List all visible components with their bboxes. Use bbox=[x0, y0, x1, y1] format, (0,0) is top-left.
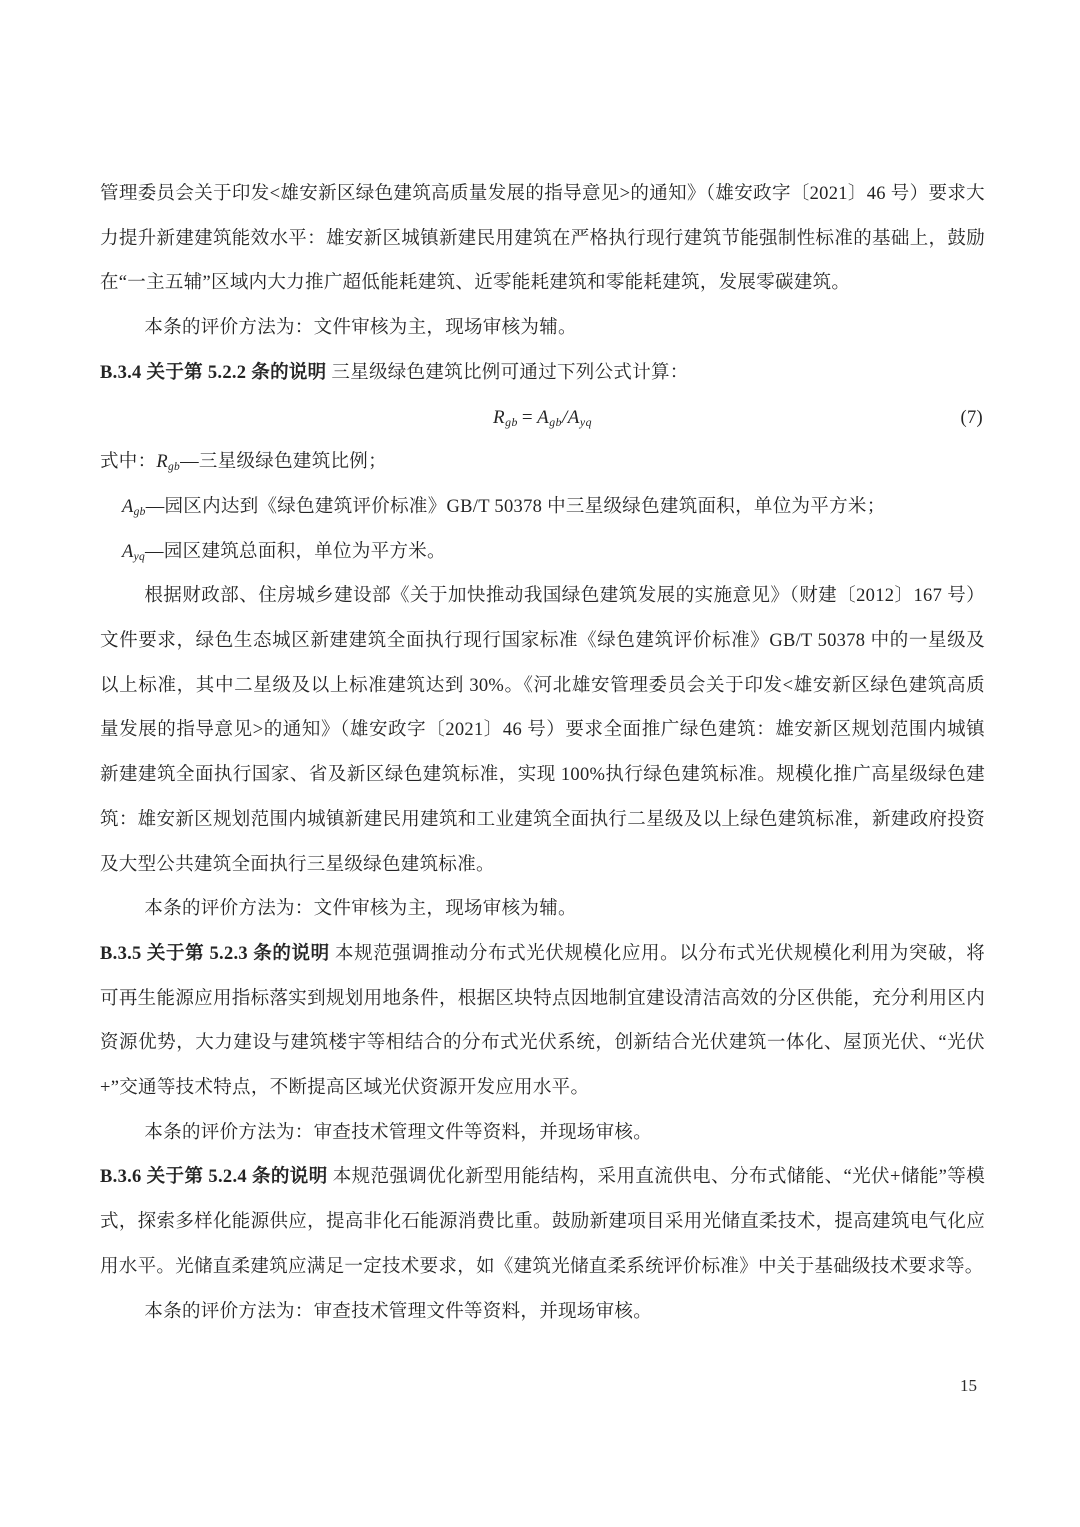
ayq-variable: A bbox=[122, 542, 134, 562]
formula-lhs: R bbox=[493, 407, 505, 428]
section-b34-label: B.3.4 关于第 5.2.2 条的说明 bbox=[100, 363, 326, 383]
document-body: 管理委员会关于印发<雄安新区绿色建筑高质量发展的指导意见>的通知》（雄安政字〔2… bbox=[100, 172, 985, 1334]
formula-numerator-subscript: gb bbox=[549, 415, 562, 428]
agb-description: —园区内达到《绿色建筑评价标准》GB/T 50378 中三星级绿色建筑面积，单位… bbox=[146, 497, 886, 517]
section-b35-paragraph: B.3.5 关于第 5.2.3 条的说明 本规范强调推动分布式光伏规模化应用。以… bbox=[100, 932, 985, 1111]
where-description: —三星级绿色建筑比例； bbox=[180, 452, 387, 472]
page-number: 15 bbox=[960, 1372, 977, 1400]
where-clause-line: 式中：Rgb—三星级绿色建筑比例； bbox=[100, 440, 985, 485]
section-b36-label: B.3.6 关于第 5.2.4 条的说明 bbox=[100, 1167, 328, 1187]
symbol-agb-line: Agb—园区内达到《绿色建筑评价标准》GB/T 50378 中三星级绿色建筑面积… bbox=[100, 485, 985, 530]
ayq-subscript: yq bbox=[134, 550, 145, 562]
agb-variable: A bbox=[122, 497, 134, 517]
eval-method-line-4: 本条的评价方法为：审查技术管理文件等资料，并现场审核。 bbox=[100, 1290, 985, 1335]
eval-method-line-3: 本条的评价方法为：审查技术管理文件等资料，并现场审核。 bbox=[100, 1111, 985, 1156]
section-b35-label: B.3.5 关于第 5.2.3 条的说明 bbox=[100, 944, 330, 964]
section-b34-heading-line: B.3.4 关于第 5.2.2 条的说明 三星级绿色建筑比例可通过下列公式计算： bbox=[100, 351, 985, 396]
symbol-ayq-line: Ayq—园区建筑总面积，单位为平方米。 bbox=[100, 530, 985, 575]
formula-numerator: A bbox=[537, 407, 549, 428]
paragraph-continuation: 管理委员会关于印发<雄安新区绿色建筑高质量发展的指导意见>的通知》（雄安政字〔2… bbox=[100, 172, 985, 306]
formula-7-row: Rgb=Agb/Ayq (7) bbox=[100, 396, 985, 441]
document-page: 管理委员会关于印发<雄安新区绿色建筑高质量发展的指导意见>的通知》（雄安政字〔2… bbox=[0, 0, 1080, 1527]
agb-subscript: gb bbox=[134, 506, 146, 518]
section-b36-paragraph: B.3.6 关于第 5.2.4 条的说明 本规范强调优化新型用能结构，采用直流供… bbox=[100, 1155, 985, 1289]
eval-method-line-1: 本条的评价方法为：文件审核为主，现场审核为辅。 bbox=[100, 306, 985, 351]
where-prefix: 式中： bbox=[100, 452, 156, 472]
formula-denominator-subscript: yq bbox=[580, 415, 592, 428]
eval-method-line-2: 本条的评价方法为：文件审核为主，现场审核为辅。 bbox=[100, 887, 985, 932]
formula-number: (7) bbox=[961, 396, 983, 441]
ayq-description: —园区建筑总面积，单位为平方米。 bbox=[145, 542, 446, 562]
section-b35-body: 本规范强调推动分布式光伏规模化应用。以分布式光伏规模化利用为突破，将可再生能源应… bbox=[100, 944, 985, 1098]
formula-lhs-subscript: gb bbox=[505, 415, 518, 428]
section-b34-intro: 三星级绿色建筑比例可通过下列公式计算： bbox=[326, 363, 688, 383]
formula-denominator: A bbox=[568, 407, 580, 428]
equals-sign: = bbox=[518, 407, 537, 428]
where-variable-subscript: gb bbox=[168, 461, 180, 473]
where-variable: R bbox=[156, 452, 168, 472]
formula-expression: Rgb=Agb/Ayq bbox=[493, 407, 592, 428]
section-b34-body: 根据财政部、住房城乡建设部《关于加快推动我国绿色建筑发展的实施意见》（财建〔20… bbox=[100, 574, 985, 887]
